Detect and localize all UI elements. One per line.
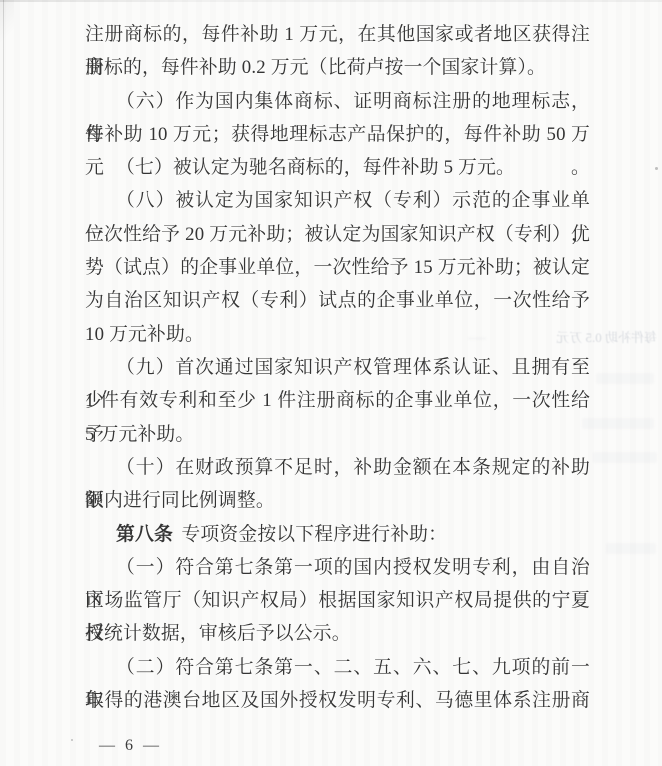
line-text: 权统计数据，审核后予以公示。 — [85, 623, 351, 644]
document-line: （八）被认定为国家知识产权（专利）示范的企事业单位， — [85, 184, 590, 217]
document-line: 商标的，每件补助 0.2 万元（比荷卢按一个国家计算）。 — [85, 51, 590, 84]
scan-speck — [655, 167, 658, 170]
line-text: 5 万元补助。 — [85, 424, 194, 445]
article-number-bold: 第八条 — [116, 523, 173, 544]
document-line: 市场监管厅（知识产权局）根据国家知识产权局提供的宁夏授 — [85, 584, 590, 617]
document-page: 注册商标的，每件补助 1 万元，在其他国家或者地区获得注册 商标的，每件补助 0… — [0, 0, 662, 766]
document-line: 注册商标的，每件补助 1 万元，在其他国家或者地区获得注册 — [85, 18, 590, 51]
bleedthrough-text — [606, 543, 656, 554]
document-line: （七）被认定为驰名商标的，每件补助 5 万元。 — [85, 151, 590, 184]
bleedthrough-text — [593, 452, 657, 463]
document-line: （十）在财政预算不足时，补助金额在本条规定的补助限 — [85, 451, 590, 484]
document-line: 权统计数据，审核后予以公示。 — [85, 617, 590, 650]
document-line: 势（试点）的企事业单位，一次性给予 15 万元补助；被认定 — [85, 251, 590, 284]
document-line: 取得的港澳台地区及国外授权发明专利、马德里体系注册商 — [85, 684, 590, 717]
document-line: 一次性给予 20 万元补助；被认定为国家知识产权（专利）优 — [85, 218, 590, 251]
document-line: 第八条专项资金按以下程序进行补助： — [85, 517, 590, 550]
document-line: 10 万元补助。 — [85, 318, 590, 351]
document-line: 为自治区知识产权（专利）试点的企事业单位，一次性给予 — [85, 284, 590, 317]
line-text: 10 万元补助。 — [85, 324, 204, 345]
document-line: 件补助 10 万元；获得地理标志产品保护的，每件补助 50 万元。 — [85, 118, 590, 151]
line-text: 势（试点）的企事业单位，一次性给予 15 万元补助；被认定 — [85, 257, 590, 278]
line-text: 额内进行同比例调整。 — [85, 490, 275, 511]
line-text: （七）被认定为驰名商标的，每件补助 5 万元。 — [116, 157, 515, 178]
document-line: 1 件有效专利和至少 1 件注册商标的企事业单位，一次性给予 — [85, 384, 590, 417]
document-line: （一）符合第七条第一项的国内授权发明专利，由自治区 — [85, 551, 590, 584]
document-line: （二）符合第七条第一、二、五、六、七、九项的前一年 — [85, 651, 590, 684]
line-text: 专项资金按以下程序进行补助： — [181, 524, 447, 545]
line-text: 商标的，每件补助 0.2 万元（比荷卢按一个国家计算）。 — [85, 57, 546, 78]
line-text: 为自治区知识产权（专利）试点的企事业单位，一次性给予 — [85, 290, 590, 311]
scan-edge-left — [3, 0, 4, 430]
document-body: 注册商标的，每件补助 1 万元，在其他国家或者地区获得注册 商标的，每件补助 0… — [85, 18, 590, 717]
document-line: （六）作为国内集体商标、证明商标注册的地理标志，每 — [85, 85, 590, 118]
line-text: 取得的港澳台地区及国外授权发明专利、马德里体系注册商 — [85, 690, 590, 711]
scan-corner-shade — [0, 0, 14, 50]
page-number: — 6 — — [99, 737, 162, 755]
document-line: （九）首次通过国家知识产权管理体系认证、且拥有至少 — [85, 351, 590, 384]
scan-edge-top — [0, 0, 662, 2]
line-text: 一次性给予 20 万元补助；被认定为国家知识产权（专利）优 — [85, 224, 590, 245]
bleedthrough-text — [582, 418, 654, 429]
document-line: 5 万元补助。 — [85, 418, 590, 451]
scan-speck — [71, 739, 73, 741]
document-line: 额内进行同比例调整。 — [85, 484, 590, 517]
bleedthrough-text — [596, 373, 654, 384]
